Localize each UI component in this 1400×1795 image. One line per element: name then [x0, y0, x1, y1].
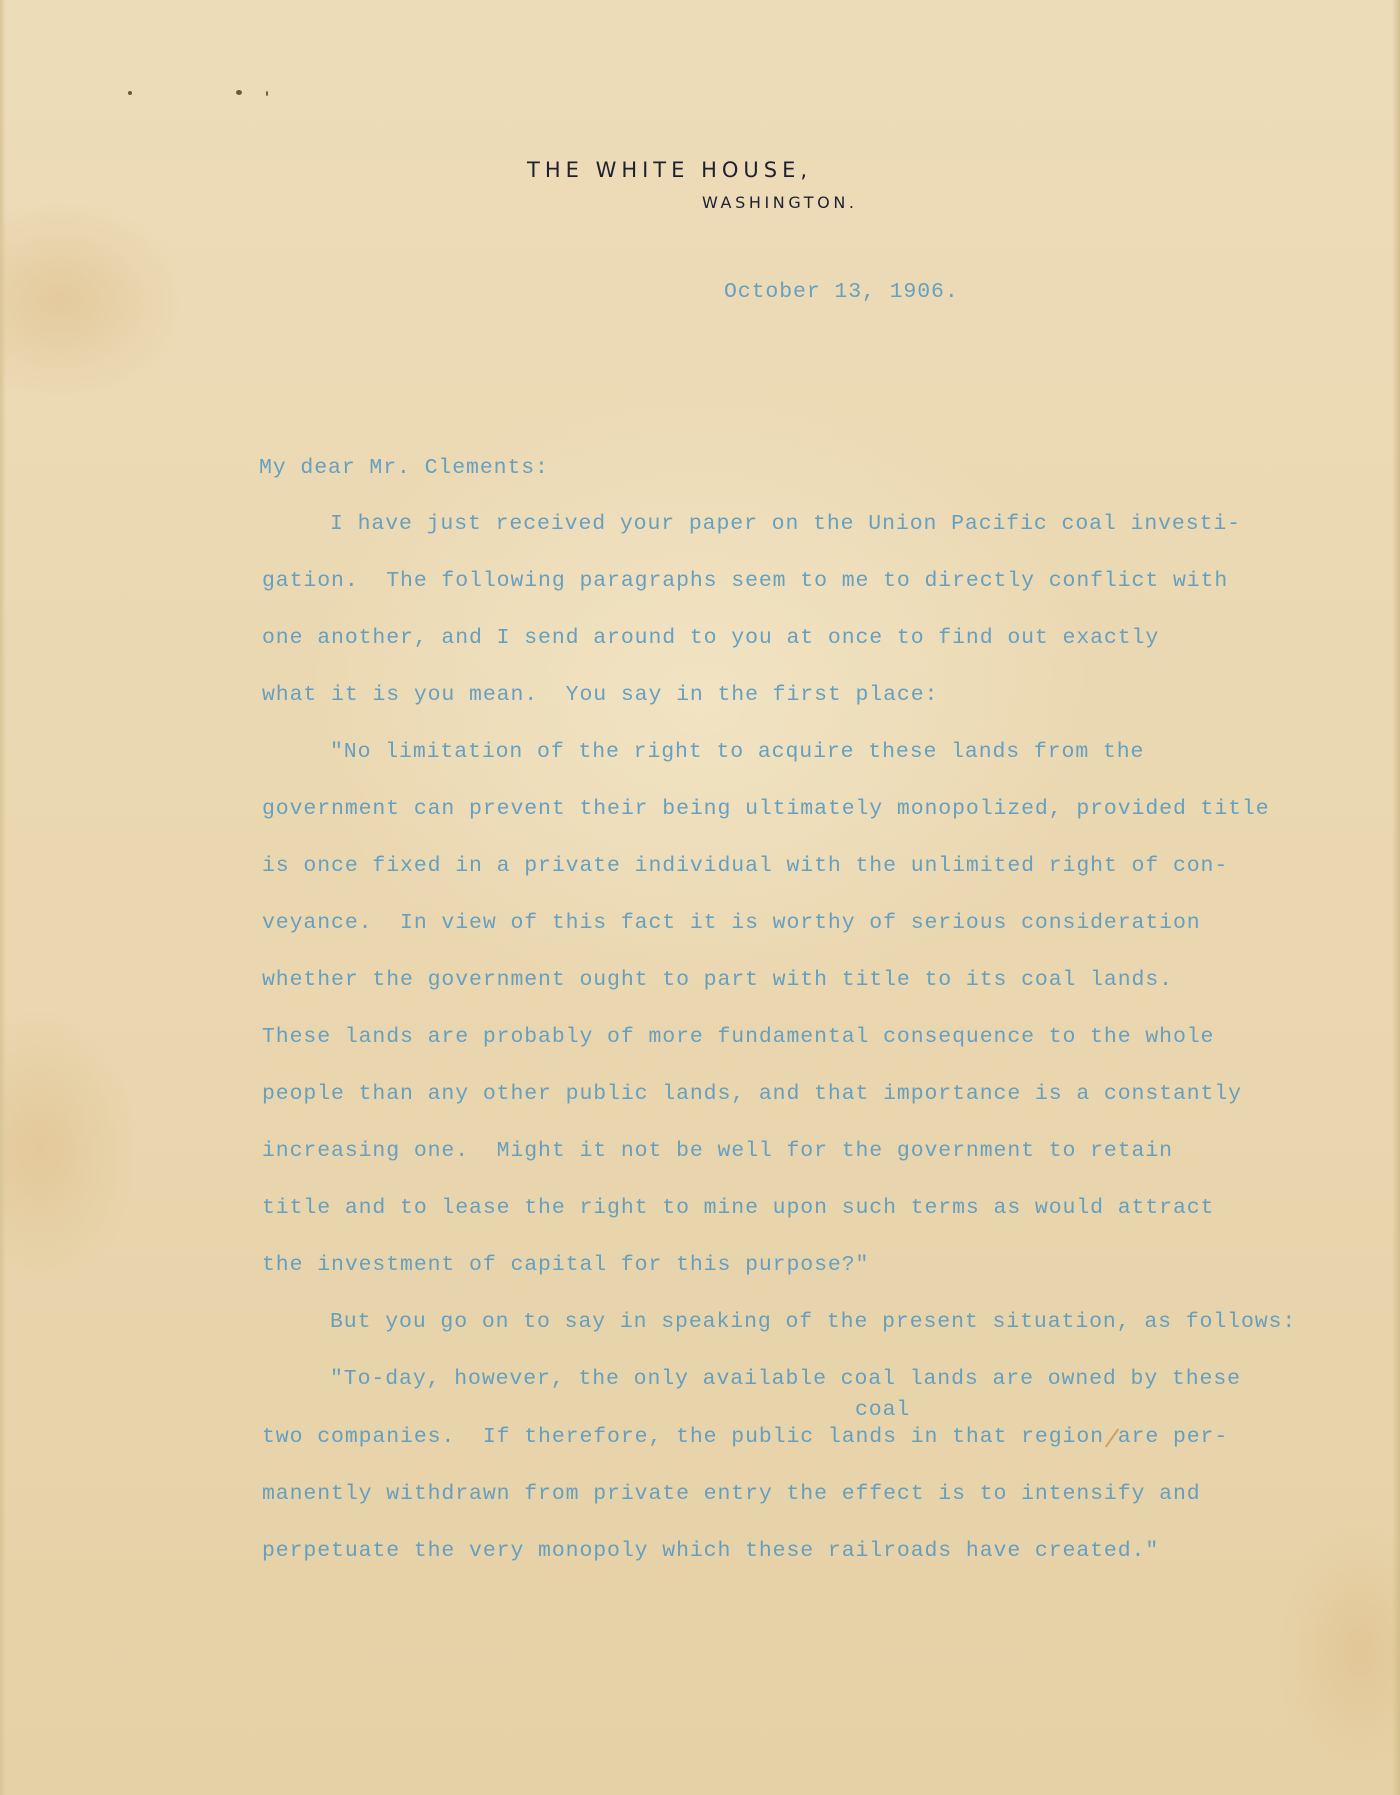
body-line: But you go on to say in speaking of the …	[330, 1310, 1296, 1334]
quote-line: These lands are probably of more fundame…	[262, 1025, 1214, 1049]
binder-mark	[236, 90, 242, 95]
paper-edge-left	[0, 0, 6, 1795]
letter-paper	[0, 0, 1400, 1795]
quote-line: the investment of capital for this purpo…	[262, 1253, 869, 1277]
quote-line: "No limitation of the right to acquire t…	[330, 740, 1144, 764]
body-line: I have just received your paper on the U…	[330, 512, 1241, 536]
quote-line: people than any other public lands, and …	[262, 1082, 1242, 1106]
quote-line: whether the government ought to part wit…	[262, 968, 1173, 992]
quote-line: title and to lease the right to mine upo…	[262, 1196, 1214, 1220]
interlinear-insertion: coal	[855, 1398, 910, 1422]
quote-line: veyance. In view of this fact it is wort…	[262, 911, 1201, 935]
binder-mark	[266, 91, 268, 96]
body-line: gation. The following paragraphs seem to…	[262, 569, 1228, 593]
letterhead-title: THE WHITE HOUSE,	[527, 158, 812, 182]
quote-line: increasing one. Might it not be well for…	[262, 1139, 1173, 1163]
quote-line: two companies. If therefore, the public …	[262, 1425, 1228, 1449]
letterhead-location: WASHINGTON.	[702, 193, 858, 212]
letter-date: October 13, 1906.	[724, 280, 959, 304]
body-line: what it is you mean. You say in the firs…	[262, 683, 938, 707]
quote-line: government can prevent their being ultim…	[262, 797, 1270, 821]
salutation: My dear Mr. Clements:	[259, 456, 549, 480]
paper-edge-right	[1392, 0, 1400, 1795]
quote-line: is once fixed in a private individual wi…	[262, 854, 1228, 878]
quote-line: perpetuate the very monopoly which these…	[262, 1539, 1159, 1563]
quote-line: manently withdrawn from private entry th…	[262, 1482, 1201, 1506]
binder-mark	[128, 91, 132, 95]
body-line: one another, and I send around to you at…	[262, 626, 1159, 650]
quote-line: "To-day, however, the only available coa…	[330, 1367, 1241, 1391]
